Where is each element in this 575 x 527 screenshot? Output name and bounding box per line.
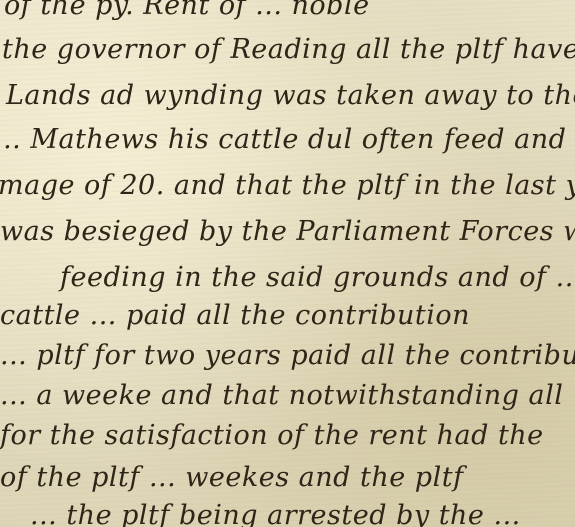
manuscript-line: feeding in the said grounds and of ... (60, 262, 575, 293)
manuscript-line: of the py. Rent of ... noble (4, 0, 370, 21)
manuscript-line: for the satisfaction of the rent had the (0, 420, 544, 451)
manuscript-line: cattle ... paid all the contribution (0, 300, 470, 331)
manuscript-line: ... pltf for two years paid all the cont… (0, 340, 575, 371)
manuscript-line: Lands ad wynding was taken away to the .… (6, 80, 575, 111)
manuscript-line: ... a weeke and that notwithstanding all (0, 380, 563, 411)
manuscript-page: of the py. Rent of ... noble the governo… (0, 0, 575, 527)
manuscript-line: mage of 20. and that the pltf in the las… (0, 170, 575, 201)
manuscript-line: the governor of Reading all the pltf hav… (2, 34, 575, 65)
manuscript-line: was besieged by the Parliament Forces wa… (0, 216, 575, 247)
manuscript-line: of the pltf ... weekes and the pltf (0, 462, 464, 493)
manuscript-line: ... Mathews his cattle dul often feed an… (0, 124, 575, 155)
manuscript-line: ... the pltf being arrested by the ... (30, 500, 521, 527)
